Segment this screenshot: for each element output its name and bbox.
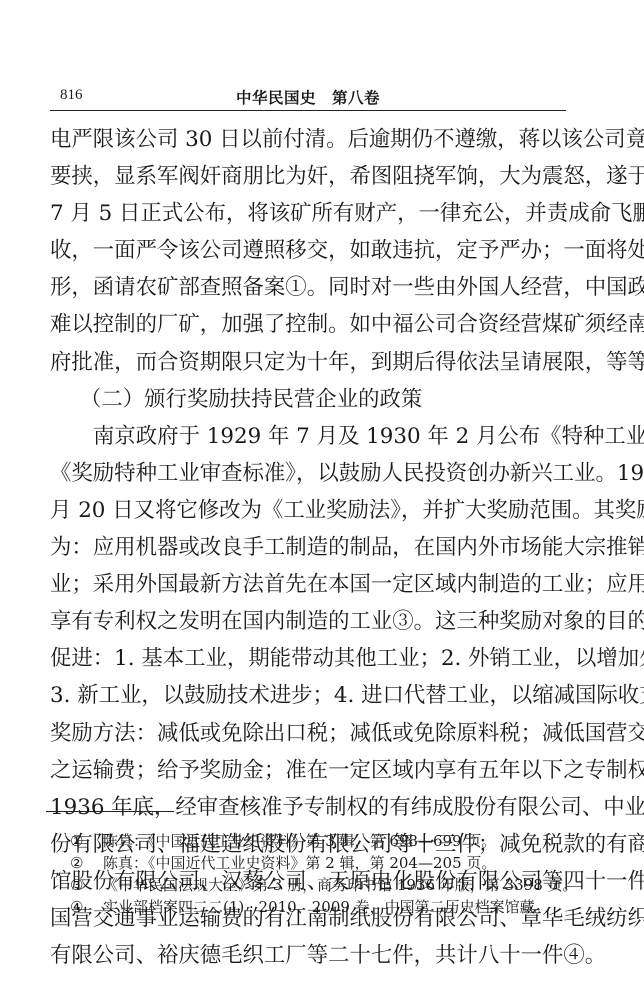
footnote-1: ① 陈真：《中国近代工业史资料》第 3 辑，第 698—699 页。 <box>70 830 590 852</box>
footnotes: ① 陈真：《中国近代工业史资料》第 3 辑，第 698—699 页。 ② 陈真：… <box>70 830 590 918</box>
footnote-text: 实业部档案四二二(1) · 2010、2009 卷，中国第二历史档案馆藏。 <box>103 896 550 918</box>
text-line: 奖励方法：减低或免除出口税；减低或免除原料税；减低国营交通事业 <box>50 715 566 752</box>
footnote-3: ③ 《中华民国法规大全》第 3 册，商务印书馆 1936 年版，第 3398 页… <box>70 874 590 896</box>
text-line: 7 月 5 日正式公布，将该矿所有财产，一律充公，并责成俞飞鹏负责接 <box>50 195 566 232</box>
book-page: 816 中华民国史 第八卷 电严限该公司 30 日以前付清。后逾期仍不遵缴，蒋以… <box>0 0 644 1000</box>
text-line: 有限公司、裕庆德毛织工厂等二十七件，共计八十一件④。 <box>50 937 566 974</box>
footnote-text: 陈真：《中国近代工业史资料》第 2 辑，第 204—205 页。 <box>103 852 496 874</box>
text-line: 收，一面严令该公司遵照移交，如敢违抗，定予严办；一面将处置经过情 <box>50 232 566 269</box>
footnote-rule <box>46 811 174 812</box>
footnote-text: 陈真：《中国近代工业史资料》第 3 辑，第 698—699 页。 <box>103 830 496 852</box>
section-heading: （二）颁行奖励扶持民营企业的政策 <box>50 381 566 418</box>
text-line: 电严限该公司 30 日以前付清。后逾期仍不遵缴，蒋以该公司竟敢背约 <box>50 121 566 158</box>
footnote-text: 《中华民国法规大全》第 3 册，商务印书馆 1936 年版，第 3398 页。 <box>103 874 578 896</box>
text-line: 南京政府于 1929 年 7 月及 1930 年 2 月公布《特种工业奖励法》及 <box>50 418 566 455</box>
text-line: 形，函请农矿部查照备案①。同时对一些由外国人经营，中国政府一向 <box>50 269 566 306</box>
text-line: 要挟，显系军阀奸商朋比为奸，希图阻挠军饷，大为震怒，遂于 1928 年 <box>50 158 566 195</box>
running-head: 816 中华民国史 第八卷 <box>50 86 566 108</box>
footnote-mark: ① <box>70 830 103 852</box>
footnote-mark: ② <box>70 852 103 874</box>
text-line: 促进：1. 基本工业，期能带动其他工业；2. 外销工业，以增加外汇收入； <box>50 640 566 677</box>
text-line: 3. 新工业，以鼓励技术进步；4. 进口代替工业，以缩减国际收支逆差。 <box>50 677 566 714</box>
footnote-2: ② 陈真：《中国近代工业史资料》第 2 辑，第 204—205 页。 <box>70 852 590 874</box>
footnote-mark: ③ <box>70 874 103 896</box>
text-line: 1936 年底，经审查核准予专制权的有纬成股份有限公司、中业化工股 <box>50 789 566 826</box>
text-line: 为：应用机器或改良手工制造的制品，在国内外市场能大宗推销的工 <box>50 529 566 566</box>
footnote-mark: ④ <box>70 896 103 918</box>
text-line: 享有专利权之发明在国内制造的工业③。这三种奖励对象的目的在于 <box>50 603 566 640</box>
header-rule <box>50 110 566 111</box>
text-line: 月 20 日又将它修改为《工业奖励法》，并扩大奖励范围。其奖励对象 <box>50 492 566 529</box>
text-line: 难以控制的厂矿，加强了控制。如中福公司合资经营煤矿须经南京政 <box>50 306 566 343</box>
text-line: 府批准，而合资期限只定为十年，到期后得依法呈请展限，等等②。 <box>50 344 566 381</box>
footnote-4: ④ 实业部档案四二二(1) · 2010、2009 卷，中国第二历史档案馆藏。 <box>70 896 590 918</box>
running-title: 中华民国史 第八卷 <box>50 86 566 108</box>
text-line: 《奖励特种工业审查标准》，以鼓励人民投资创办新兴工业。1934 年 4 <box>50 455 566 492</box>
text-line: 业；采用外国最新方法首先在本国一定区域内制造的工业；应用在本国 <box>50 566 566 603</box>
text-line: 之运输费；给予奖励金；准在一定区域内享有五年以下之专制权。至 <box>50 752 566 789</box>
